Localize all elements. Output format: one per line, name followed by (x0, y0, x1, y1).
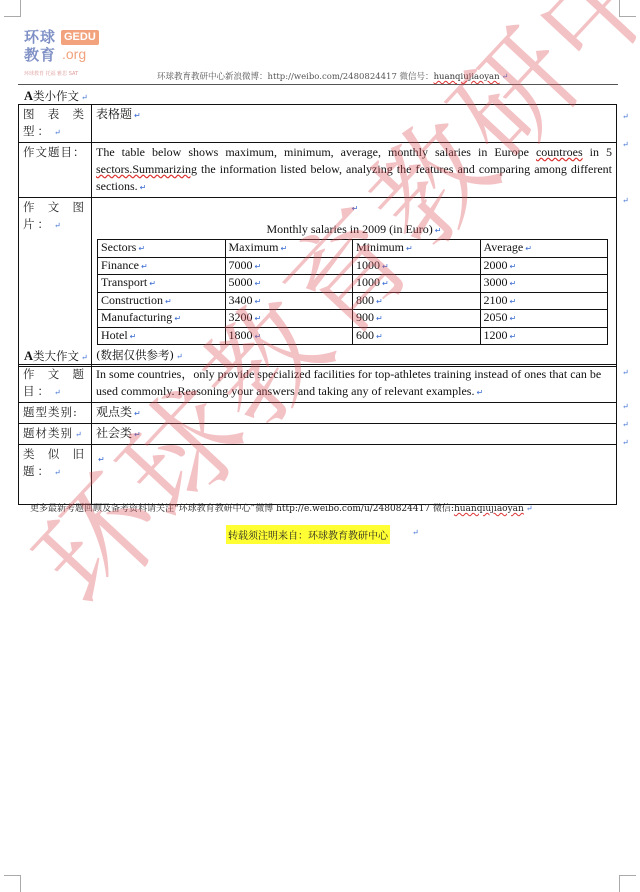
table-cell: Finance↵ (98, 257, 226, 275)
logo-brand: GEDU (61, 30, 99, 45)
page-header: 环球教育教研中心新浪微博：http://weibo.com/2480824417… (157, 70, 508, 82)
small-essay-table: 图 表 类 型：↵ 表格题↵ 作文题目： The table below sho… (18, 104, 617, 367)
section-title-small-essay: A类小作文↵ (24, 88, 88, 104)
chart-type-value: 表格题↵ (92, 105, 617, 143)
salary-table-title: Monthly salaries in 2009 (in Euro)↵ (96, 221, 612, 239)
paragraph-mark-icon: ↵ (622, 420, 629, 429)
page-corner-mark (4, 875, 21, 892)
table-cell: Construction↵ (98, 292, 226, 310)
section-letter: A (24, 349, 33, 363)
section-text: 类小作文 (33, 89, 79, 103)
subject-label: 题材类别↵ (19, 424, 92, 445)
logo-chinese: 环球 教育 (24, 28, 56, 64)
table-cell: Sectors↵ (98, 240, 226, 258)
header-wechat: huanqiujiaoyan (434, 72, 500, 82)
table-row: Transport↵5000↵1000↵3000↵ (98, 275, 608, 293)
paragraph-mark-icon: ↵ (526, 504, 533, 513)
paragraph-mark-icon: ↵ (81, 93, 88, 102)
footer-wechat: huanqiujiaoyan (454, 504, 524, 514)
large-topic-text: In some countries，only provide specializ… (92, 365, 617, 403)
table-row: Construction↵3400↵800↵2100↵ (98, 292, 608, 310)
paragraph-mark-icon: ↵ (412, 528, 419, 537)
reprint-text: 转载须注明来自：环球教育教研中心 (228, 531, 388, 542)
table-cell: Transport↵ (98, 275, 226, 293)
paragraph-mark-icon: ↵ (622, 140, 629, 149)
table-row: 作 文 题 目：↵ In some countries，only provide… (19, 365, 617, 403)
table-cell: 2100↵ (480, 292, 608, 310)
table-cell: 2050↵ (480, 310, 608, 328)
question-type-label: 题型类别: (19, 403, 92, 424)
subject-value: 社会类↵ (92, 424, 617, 445)
data-note: (数据仅供参考)↵ (96, 347, 612, 365)
page-corner-mark (619, 875, 636, 892)
table-cell: 1200↵ (480, 327, 608, 345)
table-cell: Average↵ (480, 240, 608, 258)
table-row: 图 表 类 型：↵ 表格题↵ (19, 105, 617, 143)
paragraph-mark-icon: ↵ (622, 112, 629, 121)
table-row: 作 文 图 片：↵ ↵ Monthly salaries in 2009 (in… (19, 198, 617, 367)
table-cell: 1800↵ (225, 327, 353, 345)
header-text: 环球教育教研中心新浪微博：http://weibo.com/2480824417… (157, 72, 434, 82)
section-title-large-essay: A类大作文↵ (24, 348, 88, 364)
salary-table: Sectors↵Maximum↵Minimum↵Average↵Finance↵… (97, 239, 608, 345)
header-rule (18, 84, 618, 85)
table-row: 类 似 旧 题：↵ ↵ (19, 445, 617, 505)
figure-blank-line: ↵ (96, 199, 612, 217)
table-cell: 3000↵ (480, 275, 608, 293)
table-cell: 5000↵ (225, 275, 353, 293)
question-type-value: 观点类↵ (92, 403, 617, 424)
figure-label: 作 文 图 片：↵ (19, 198, 92, 367)
table-cell: 1000↵ (353, 275, 481, 293)
topic-text: The table below shows maximum, minimum, … (92, 143, 617, 198)
table-cell: 7000↵ (225, 257, 353, 275)
paragraph-mark-icon: ↵ (502, 72, 509, 81)
table-row: Manufacturing↵3200↵900↵2050↵ (98, 310, 608, 328)
table-cell: 1000↵ (353, 257, 481, 275)
table-row: 作文题目： The table below shows maximum, min… (19, 143, 617, 198)
paragraph-mark-icon: ↵ (81, 353, 88, 362)
footer-follow-line: 更多最新考题回顾及备考资料请关注“环球教育教研中心”微博 http://e.we… (30, 501, 533, 514)
table-header-row: Sectors↵Maximum↵Minimum↵Average↵ (98, 240, 608, 258)
page-corner-mark (619, 0, 636, 17)
paragraph-mark-icon: ↵ (622, 402, 629, 411)
table-row: Hotel↵1800↵600↵1200↵ (98, 327, 608, 345)
table-row: 题材类别↵ 社会类↵ (19, 424, 617, 445)
large-essay-table: 作 文 题 目：↵ In some countries，only provide… (18, 364, 617, 505)
footer-text: 更多最新考题回顾及备考资料请关注“环球教育教研中心”微博 http://e.we… (30, 504, 454, 514)
table-row: 题型类别: 观点类↵ (19, 403, 617, 424)
logo-tagline: 环球教育 托福 雅思 SAT (24, 70, 78, 77)
gedu-logo: 环球 教育 GEDU .org 环球教育 托福 雅思 SAT (24, 28, 110, 78)
footer-reprint-notice: 转载须注明来自：环球教育教研中心 (226, 525, 390, 544)
table-cell: Maximum↵ (225, 240, 353, 258)
topic-label: 作文题目： (19, 143, 92, 198)
large-topic-label: 作 文 题 目：↵ (19, 365, 92, 403)
table-cell: Hotel↵ (98, 327, 226, 345)
table-cell: 2000↵ (480, 257, 608, 275)
chart-type-label: 图 表 类 型：↵ (19, 105, 92, 143)
section-text: 类大作文 (33, 349, 79, 363)
table-cell: Minimum↵ (353, 240, 481, 258)
page-corner-mark (4, 0, 21, 17)
table-row: Finance↵7000↵1000↵2000↵ (98, 257, 608, 275)
table-cell: 3200↵ (225, 310, 353, 328)
table-cell: 600↵ (353, 327, 481, 345)
table-cell: Manufacturing↵ (98, 310, 226, 328)
section-letter: A (24, 89, 33, 103)
similar-questions-label: 类 似 旧 题：↵ (19, 445, 92, 505)
logo-domain: .org (62, 46, 86, 62)
paragraph-mark-icon: ↵ (622, 196, 629, 205)
paragraph-mark-icon: ↵ (622, 438, 629, 447)
paragraph-mark-icon: ↵ (622, 368, 629, 377)
similar-questions-value: ↵ (92, 445, 617, 505)
table-cell: 3400↵ (225, 292, 353, 310)
table-cell: 900↵ (353, 310, 481, 328)
figure-cell: ↵ Monthly salaries in 2009 (in Euro)↵ Se… (92, 198, 617, 367)
table-cell: 800↵ (353, 292, 481, 310)
